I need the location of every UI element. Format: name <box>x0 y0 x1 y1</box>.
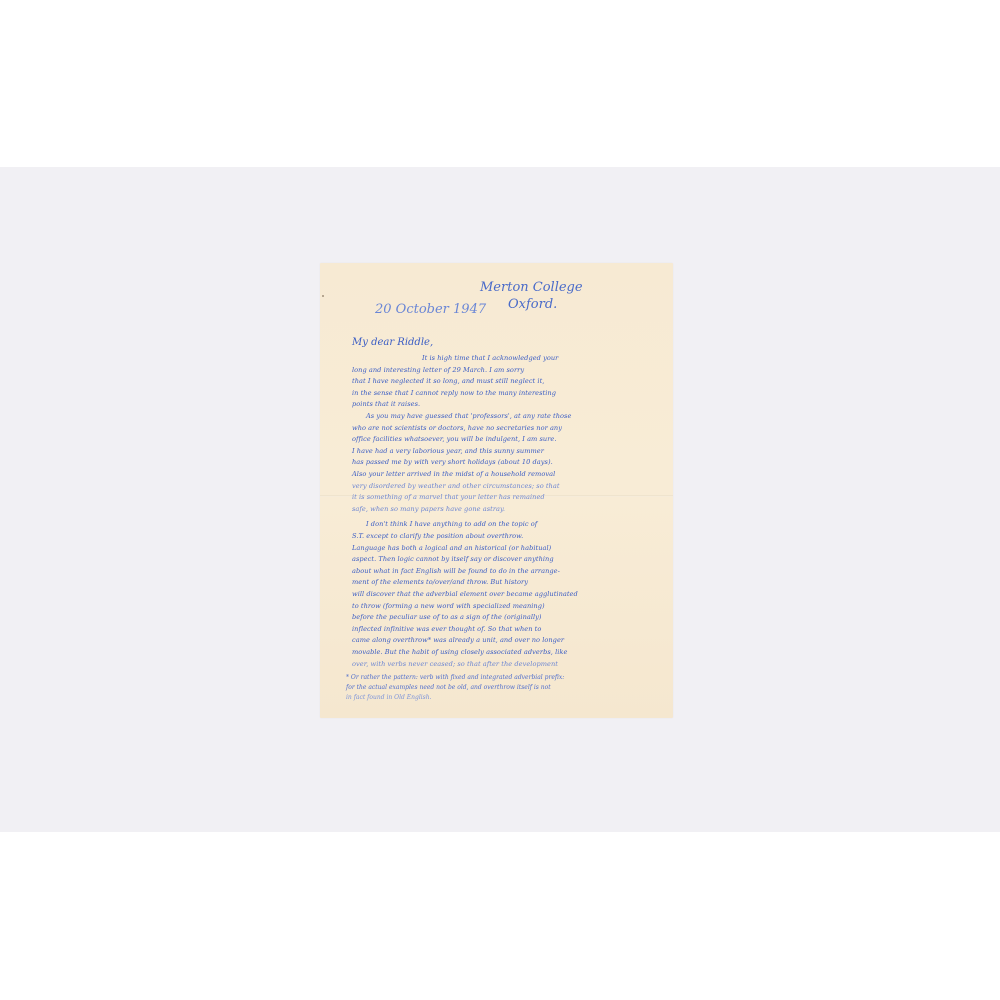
letter-body-line: ment of the elements to/over/and throw. … <box>352 579 657 586</box>
letter-body-line: As you may have guessed that 'professors… <box>366 413 671 420</box>
letter-body-line: office facilities whatsoever, you will b… <box>352 436 657 443</box>
letter-body-line: Language has both a logical and an histo… <box>352 545 657 552</box>
letter-body-line: points that it raises. <box>352 401 657 408</box>
letter-body-line: movable. But the habit of using closely … <box>352 649 657 656</box>
letter-body-line: It is high time that I acknowledged your <box>422 355 673 362</box>
letter-body-line: long and interesting letter of 29 March.… <box>352 367 657 374</box>
letter-salutation: My dear Riddle, <box>352 338 433 348</box>
letter-body-line: about what in fact English will be found… <box>352 568 657 575</box>
letter-body-line: who are not scientists or doctors, have … <box>352 425 657 432</box>
letter-body-line: it is something of a marvel that your le… <box>352 494 657 501</box>
letter-body-line: came along overthrow* was already a unit… <box>352 637 657 644</box>
letter-body-line: aspect. Then logic cannot by itself say … <box>352 556 657 563</box>
letter-body-line: that I have neglected it so long, and mu… <box>352 378 657 385</box>
paper-speck <box>322 295 324 297</box>
letter-sheet: Merton College Oxford. 20 October 1947 M… <box>320 263 673 718</box>
letter-body-line: before the peculiar use of to as a sign … <box>352 614 657 621</box>
letter-body-line: inflected infinitive was ever thought of… <box>352 626 657 633</box>
letter-address-line-2: Oxford. <box>508 298 557 311</box>
letter-body-line: has passed me by with very short holiday… <box>352 459 657 466</box>
letter-body-line: S.T. except to clarify the position abou… <box>352 533 657 540</box>
letter-body-line: will discover that the adverbial element… <box>352 591 657 598</box>
letter-body-line: I have had a very laborious year, and th… <box>352 448 657 455</box>
letter-body-line: over, with verbs never ceased; so that a… <box>352 661 657 668</box>
letter-date: 20 October 1947 <box>375 303 486 316</box>
letter-body-line: Also your letter arrived in the midst of… <box>352 471 657 478</box>
letter-body-line: in the sense that I cannot reply now to … <box>352 390 657 397</box>
letter-body-line: to throw (forming a new word with specia… <box>352 603 657 610</box>
letter-body-line: I don't think I have anything to add on … <box>366 521 671 528</box>
letter-body-line: safe, when so many papers have gone astr… <box>352 506 657 513</box>
letter-body-line: very disordered by weather and other cir… <box>352 483 657 490</box>
letter-footnote-line: * Or rather the pattern: verb with fixed… <box>346 675 564 681</box>
letter-address-line-1: Merton College <box>480 281 583 294</box>
letter-footnote-line: in fact found in Old English. <box>346 695 432 701</box>
letter-footnote-line: for the actual examples need not be old,… <box>346 685 551 691</box>
